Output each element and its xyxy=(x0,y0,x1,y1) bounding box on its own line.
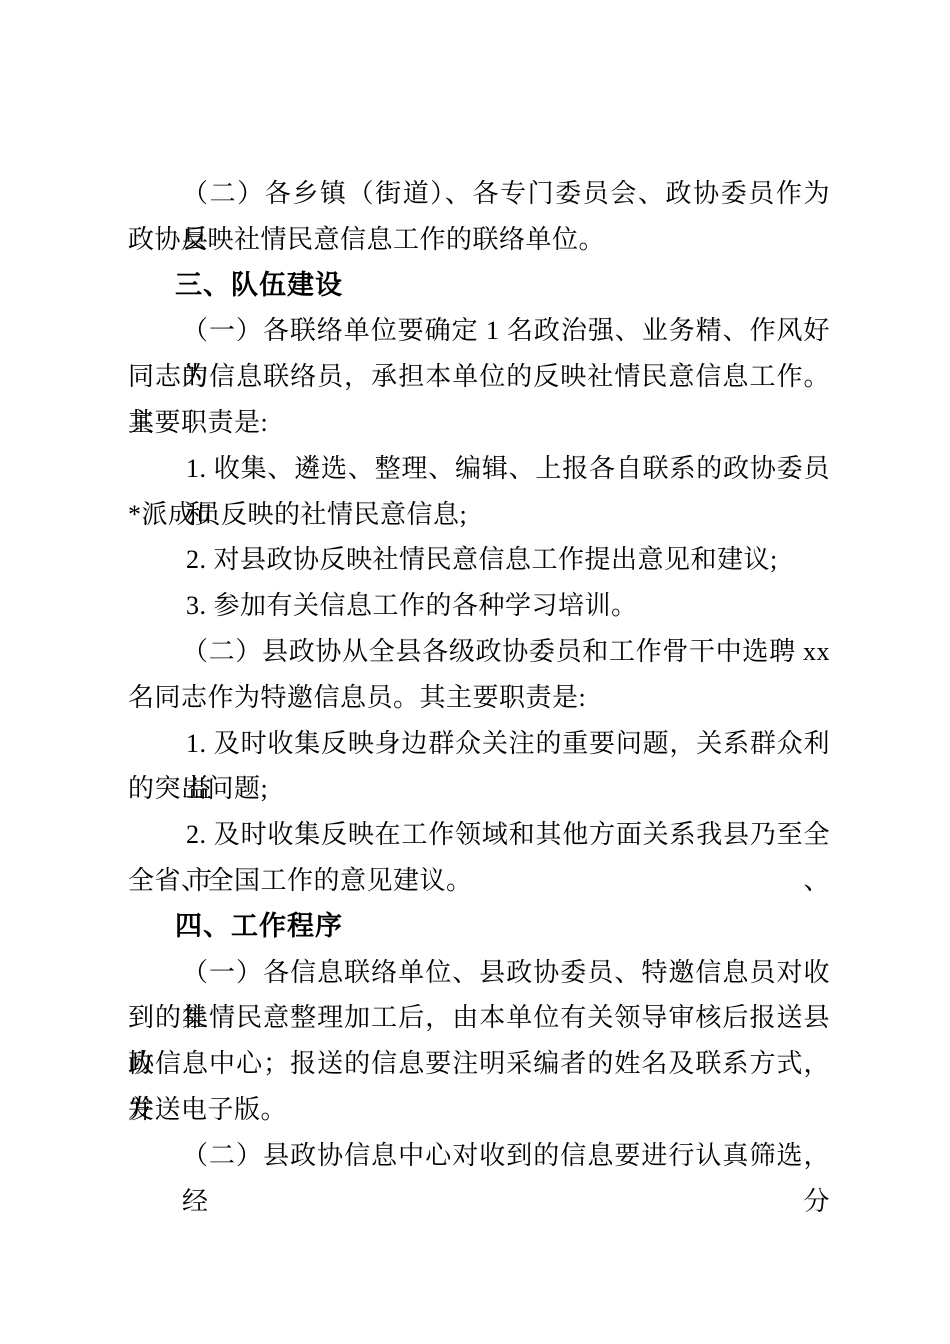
text-line: 1. 及时收集反映身边群众关注的重要问题，关系群众利益 xyxy=(128,721,830,767)
text-line: （一）各联络单位要确定 1 名政治强、业务精、作风好的 xyxy=(128,308,830,354)
text-line: 协信息中心；报送的信息要注明采编者的姓名及联系方式，并 xyxy=(128,1041,830,1087)
text-line: 3. 参加有关信息工作的各种学习培训。 xyxy=(128,583,830,629)
text-line: （二）县政协从全县各级政协委员和工作骨干中选聘 xx xyxy=(128,629,830,675)
text-line: 到的社情民意整理加工后，由本单位有关领导审核后报送县政 xyxy=(128,995,830,1041)
text-line: *派成员反映的社情民意信息; xyxy=(128,492,830,538)
section-heading-team-building: 三、队伍建设 xyxy=(128,263,830,309)
text-line: 2. 及时收集反映在工作领域和其他方面关系我县乃至全市、 xyxy=(128,812,830,858)
document-text-block: （二）各乡镇（街道）、各专门委员会、政协委员作为县 政协反映社情民意信息工作的联… xyxy=(128,171,830,1179)
text-line: 2. 对县政协反映社情民意信息工作提出意见和建议; xyxy=(128,537,830,583)
text-line: （二）县政协信息中心对收到的信息要进行认真筛选，经分 xyxy=(128,1133,830,1179)
text-line: （二）各乡镇（街道）、各专门委员会、政协委员作为县 xyxy=(128,171,830,217)
text-line: 1. 收集、遴选、整理、编辑、上报各自联系的政协委员和 xyxy=(128,446,830,492)
text-line: 的突出问题; xyxy=(128,766,830,812)
text-line: 发送电子版。 xyxy=(128,1087,830,1133)
document-page: （二）各乡镇（街道）、各专门委员会、政协委员作为县 政协反映社情民意信息工作的联… xyxy=(0,0,950,1344)
text-line: 同志为信息联络员，承担本单位的反映社情民意信息工作。其 xyxy=(128,354,830,400)
section-heading-work-procedure: 四、工作程序 xyxy=(128,904,830,950)
text-line: 名同志作为特邀信息员。其主要职责是: xyxy=(128,675,830,721)
text-line: 政协反映社情民意信息工作的联络单位。 xyxy=(128,217,830,263)
text-line: 主要职责是: xyxy=(128,400,830,446)
text-line: （一）各信息联络单位、县政协委员、特邀信息员对收集 xyxy=(128,950,830,996)
